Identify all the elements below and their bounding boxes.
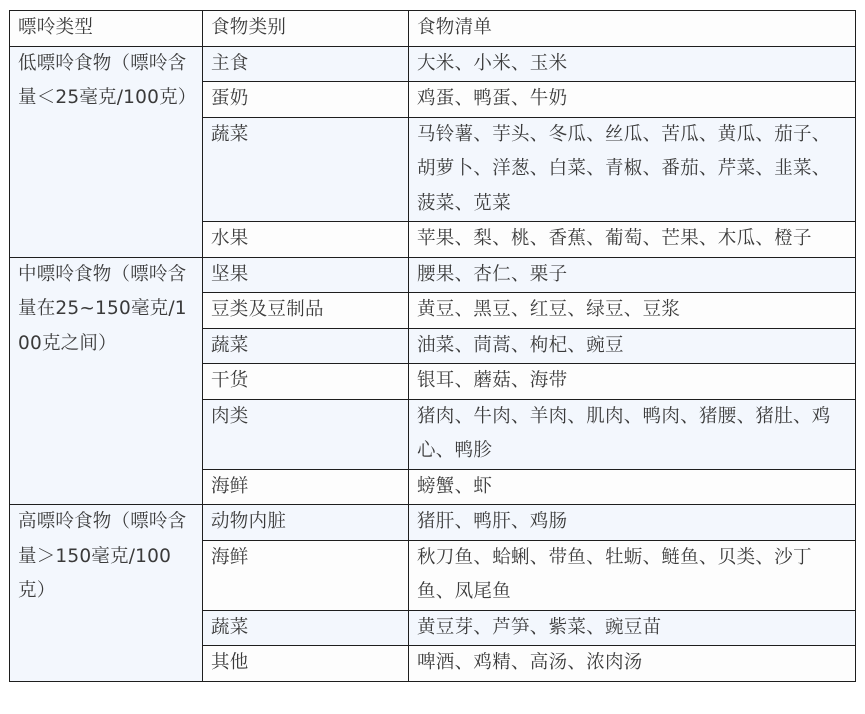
food-category: 海鲜 — [203, 469, 409, 505]
food-list: 秋刀鱼、蛤蜊、带鱼、牡蛎、鲢鱼、贝类、沙丁鱼、凤尾鱼 — [409, 540, 856, 610]
table-header-row: 嘌呤类型 食物类别 食物清单 — [10, 11, 856, 47]
purine-type-high: 高嘌呤食物（嘌呤含量＞150毫克/100克） — [10, 505, 203, 682]
food-category: 肉类 — [203, 399, 409, 469]
purine-food-table-container: 嘌呤类型 食物类别 食物清单 低嘌呤食物（嘌呤含量＜25毫克/100克） 主食 … — [9, 10, 856, 682]
food-category: 其他 — [203, 646, 409, 682]
table-row: 高嘌呤食物（嘌呤含量＞150毫克/100克） 动物内脏 猪肝、鸭肝、鸡肠 — [10, 505, 856, 541]
food-category: 蔬菜 — [203, 328, 409, 364]
food-list: 黄豆、黑豆、红豆、绿豆、豆浆 — [409, 293, 856, 329]
food-list: 黄豆芽、芦笋、紫菜、豌豆苗 — [409, 610, 856, 646]
purine-food-table: 嘌呤类型 食物类别 食物清单 低嘌呤食物（嘌呤含量＜25毫克/100克） 主食 … — [9, 10, 856, 682]
food-category: 豆类及豆制品 — [203, 293, 409, 329]
header-food-list: 食物清单 — [409, 11, 856, 47]
food-list: 鸡蛋、鸭蛋、牛奶 — [409, 82, 856, 118]
purine-type-medium: 中嘌呤食物（嘌呤含量在25~150毫克/100克之间） — [10, 257, 203, 505]
food-category: 水果 — [203, 222, 409, 258]
food-list: 大米、小米、玉米 — [409, 46, 856, 82]
food-category: 主食 — [203, 46, 409, 82]
food-list: 银耳、蘑菇、海带 — [409, 364, 856, 400]
food-category: 蔬菜 — [203, 610, 409, 646]
food-category: 动物内脏 — [203, 505, 409, 541]
header-purine-type: 嘌呤类型 — [10, 11, 203, 47]
table-row: 中嘌呤食物（嘌呤含量在25~150毫克/100克之间） 坚果 腰果、杏仁、栗子 — [10, 257, 856, 293]
food-category: 蛋奶 — [203, 82, 409, 118]
food-category: 坚果 — [203, 257, 409, 293]
food-list: 猪肝、鸭肝、鸡肠 — [409, 505, 856, 541]
food-list: 螃蟹、虾 — [409, 469, 856, 505]
header-food-category: 食物类别 — [203, 11, 409, 47]
food-category: 海鲜 — [203, 540, 409, 610]
food-list: 苹果、梨、桃、香蕉、葡萄、芒果、木瓜、橙子 — [409, 222, 856, 258]
food-category: 蔬菜 — [203, 117, 409, 222]
food-category: 干货 — [203, 364, 409, 400]
purine-type-low: 低嘌呤食物（嘌呤含量＜25毫克/100克） — [10, 46, 203, 257]
food-list: 腰果、杏仁、栗子 — [409, 257, 856, 293]
food-list: 猪肉、牛肉、羊肉、肌肉、鸭肉、猪腰、猪肚、鸡心、鸭胗 — [409, 399, 856, 469]
table-row: 低嘌呤食物（嘌呤含量＜25毫克/100克） 主食 大米、小米、玉米 — [10, 46, 856, 82]
food-list: 啤酒、鸡精、高汤、浓肉汤 — [409, 646, 856, 682]
food-list: 马铃薯、芋头、冬瓜、丝瓜、苦瓜、黄瓜、茄子、胡萝卜、洋葱、白菜、青椒、番茄、芹菜… — [409, 117, 856, 222]
food-list: 油菜、茼蒿、枸杞、豌豆 — [409, 328, 856, 364]
